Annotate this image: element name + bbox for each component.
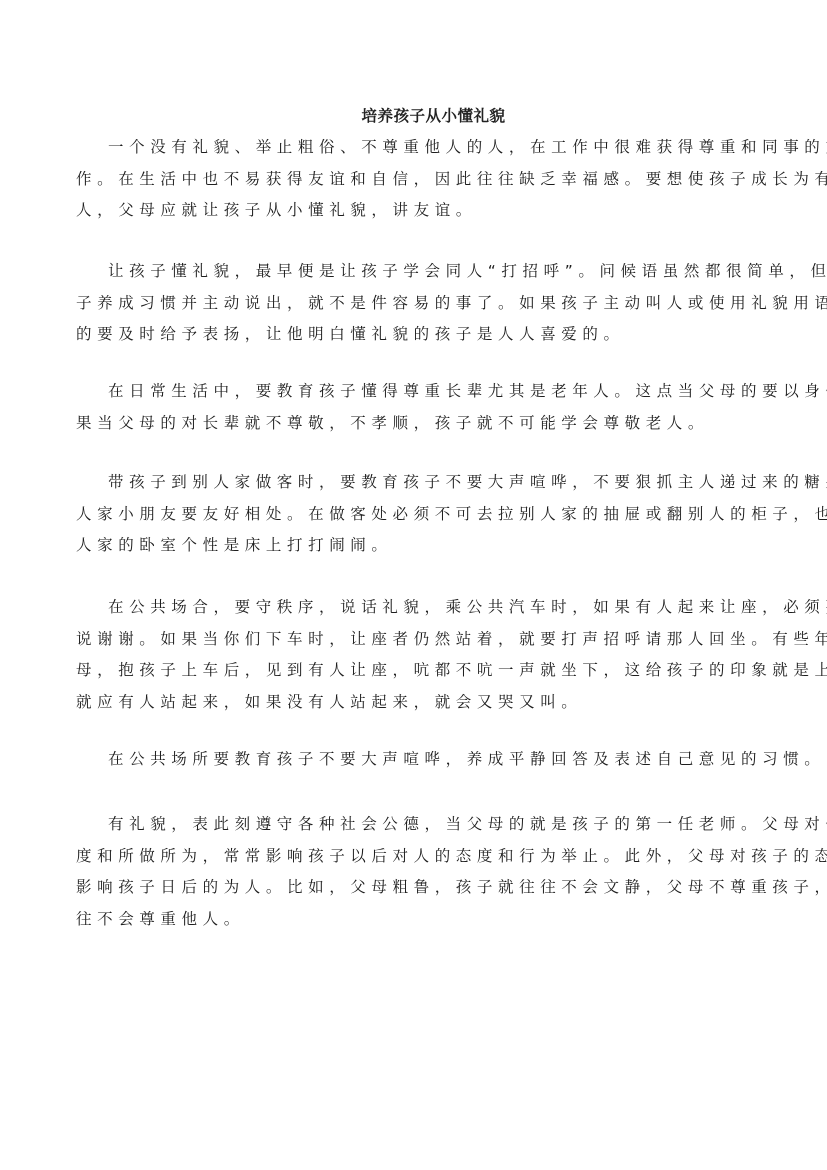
paragraph-7: 有礼貌，表此刻遵守各种社会公德，当父母的就是孩子的第一任老师。父母对他人的态 度…: [76, 809, 746, 935]
paragraph-line: 果当父母的对长辈就不尊敬，不孝顺，孩子就不可能学会尊敬老人。: [76, 408, 746, 440]
paragraph-line: 往不会尊重他人。: [76, 904, 746, 936]
paragraph-line: 让孩子懂礼貌，最早便是让孩子学会同人“打招呼”。问候语虽然都很简单，但要让孩: [76, 256, 746, 288]
paragraph-line: 作。在生活中也不易获得友谊和自信，因此往往缺乏幸福感。要想使孩子成长为有所作为的: [76, 164, 746, 196]
paragraph-line: 带孩子到别人家做客时，要教育孩子不要大声喧哗，不要狠抓主人递过来的糖果，和主: [76, 467, 746, 499]
document-page: 培养孩子从小懂礼貌 一个没有礼貌、举止粗俗、不尊重他人的人，在工作中很难获得尊重…: [0, 0, 827, 1170]
paragraph-line: 度和所做所为，常常影响孩子以后对人的态度和行为举止。此外，父母对孩子的态度，也会: [76, 841, 746, 873]
paragraph-line: 一个没有礼貌、举止粗俗、不尊重他人的人，在工作中很难获得尊重和同事的友好协: [76, 132, 746, 164]
paragraph-2: 让孩子懂礼貌，最早便是让孩子学会同人“打招呼”。问候语虽然都很简单，但要让孩 子…: [76, 256, 746, 351]
paragraph-line: 就应有人站起来，如果没有人站起来，就会又哭又叫。: [76, 687, 746, 719]
paragraph-line: 人家的卧室个性是床上打打闹闹。: [76, 530, 746, 562]
paragraph-line: 有礼貌，表此刻遵守各种社会公德，当父母的就是孩子的第一任老师。父母对他人的态: [76, 809, 746, 841]
paragraph-line: 的要及时给予表扬，让他明白懂礼貌的孩子是人人喜爱的。: [76, 319, 746, 351]
paragraph-line: 人家小朋友要友好相处。在做客处必须不可去拉别人家的抽屉或翻别人的柜子，也不要到主: [76, 499, 746, 531]
paragraph-6: 在公共场所要教育孩子不要大声喧哗，养成平静回答及表述自己意见的习惯。: [76, 744, 746, 776]
paragraph-5: 在公共场合，要守秩序，说话礼貌，乘公共汽车时，如果有人起来让座，必须要让孩子 说…: [76, 592, 746, 718]
paragraph-4: 带孩子到别人家做客时，要教育孩子不要大声喧哗，不要狠抓主人递过来的糖果，和主 人…: [76, 467, 746, 562]
paragraph-line: 人，父母应就让孩子从小懂礼貌，讲友谊。: [76, 195, 746, 227]
paragraph-line: 在日常生活中，要教育孩子懂得尊重长辈尤其是老年人。这点当父母的要以身作则。如: [76, 376, 746, 408]
paragraph-line: 子养成习惯并主动说出，就不是件容易的事了。如果孩子主动叫人或使用礼貌用语，做父母: [76, 288, 746, 320]
paragraph-line: 影响孩子日后的为人。比如，父母粗鲁，孩子就往往不会文静，父母不尊重孩子，孩子也往: [76, 872, 746, 904]
paragraph-3: 在日常生活中，要教育孩子懂得尊重长辈尤其是老年人。这点当父母的要以身作则。如 果…: [76, 376, 746, 439]
paragraph-line: 说谢谢。如果当你们下车时，让座者仍然站着，就要打声招呼请那人回坐。有些年轻的父: [76, 624, 746, 656]
paragraph-line: 在公共场所要教育孩子不要大声喧哗，养成平静回答及表述自己意见的习惯。: [76, 744, 746, 776]
paragraph-line: 在公共场合，要守秩序，说话礼貌，乘公共汽车时，如果有人起来让座，必须要让孩子: [76, 592, 746, 624]
document-title: 培养孩子从小懂礼貌: [0, 104, 827, 128]
paragraph-line: 母，抱孩子上车后，见到有人让座，吭都不吭一声就坐下，这给孩子的印象就是上车后，就: [76, 655, 746, 687]
paragraph-1: 一个没有礼貌、举止粗俗、不尊重他人的人，在工作中很难获得尊重和同事的友好协 作。…: [76, 132, 746, 227]
